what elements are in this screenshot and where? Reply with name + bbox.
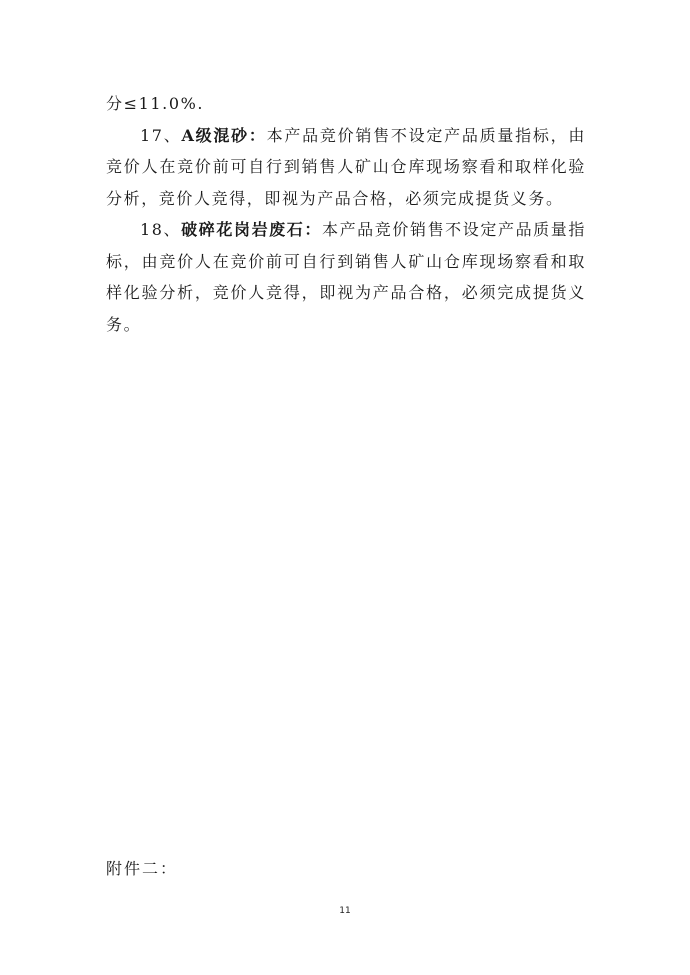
item-number: 18、 <box>140 220 181 239</box>
document-page: 分≤11.0%. 17、A级混砂：本产品竞价销售不设定产品质量指标，由竞价人在竞… <box>0 0 690 975</box>
item-number: 17、 <box>140 126 181 145</box>
paragraph-item-17: 17、A级混砂：本产品竞价销售不设定产品质量指标，由竞价人在竞价前可自行到销售人… <box>106 120 586 215</box>
item-heading: A级混砂： <box>181 126 266 145</box>
item-heading: 破碎花岗岩废石： <box>181 220 322 239</box>
continuation-line: 分≤11.0%. <box>106 88 586 120</box>
paragraph-item-18: 18、破碎花岗岩废石：本产品竞价销售不设定产品质量指标，由竞价人在竞价前可自行到… <box>106 214 586 340</box>
document-body: 分≤11.0%. 17、A级混砂：本产品竞价销售不设定产品质量指标，由竞价人在竞… <box>106 88 586 340</box>
attachment-label: 附件二： <box>106 856 178 879</box>
page-number: 11 <box>0 906 690 916</box>
